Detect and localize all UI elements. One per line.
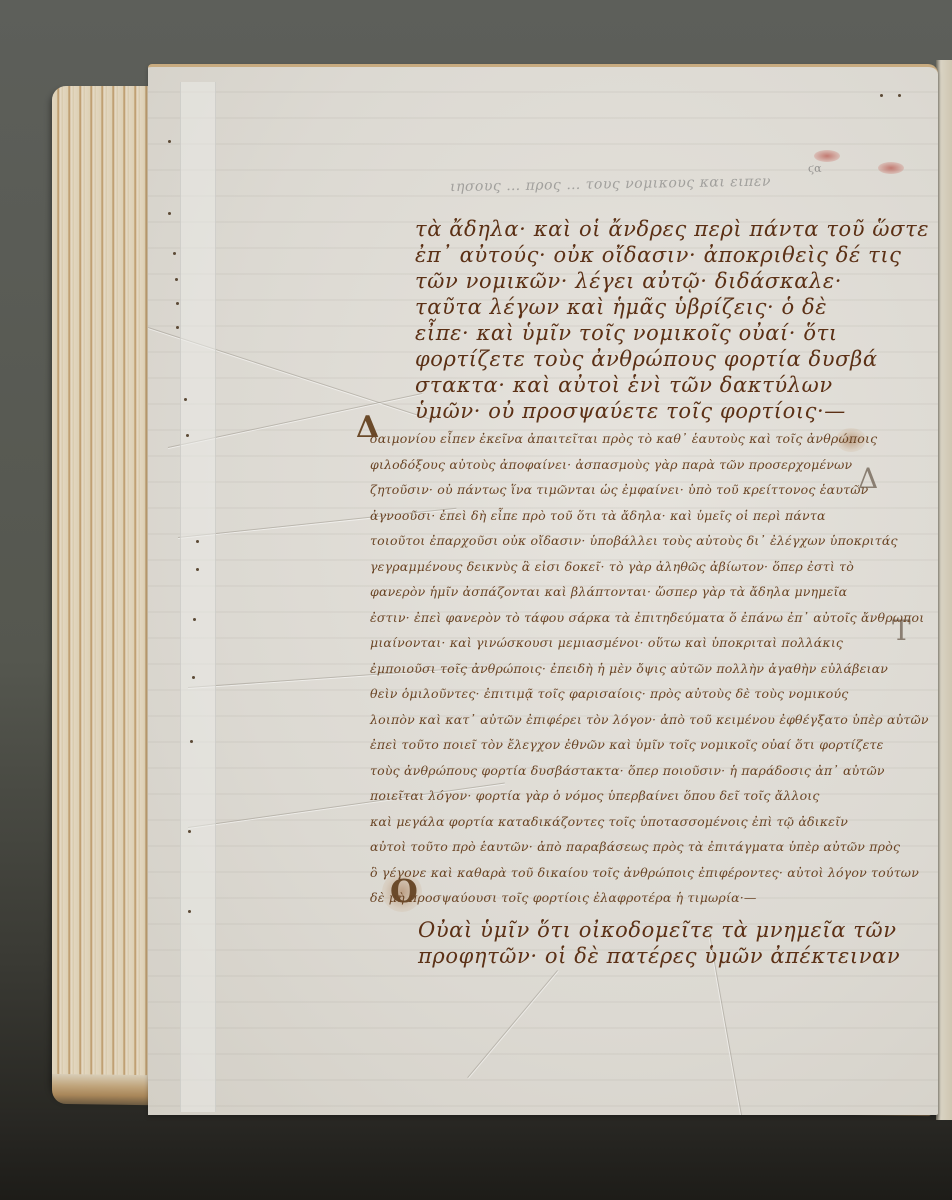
text-line: ταῦτα λέγων καὶ ἡμᾶς ὑβρίζεις· ὁ δὲ	[415, 294, 910, 320]
commentary-line: καὶ μεγάλα φορτία καταδικάζοντες τοῖς ὑπ…	[370, 809, 910, 835]
text-line: φορτίζετε τοὺς ἀνθρώπους φορτία δυσβά	[415, 346, 910, 372]
commentary-line: ποιεῖται λόγον· φορτία γὰρ ὁ νόμος ὑπερβ…	[370, 783, 910, 809]
pricking-hole	[175, 278, 178, 281]
binding-gutter	[936, 60, 952, 1120]
pricking-hole	[168, 212, 171, 215]
main-text-top: τὰ ἄδηλα· καὶ οἱ ἄνδρες περὶ πάντα τοῦ ὥ…	[350, 216, 910, 424]
pricking-hole	[168, 140, 171, 143]
text-line: ὑμῶν· οὐ προσψαύετε τοῖς φορτίοις·—	[415, 398, 910, 424]
commentary-line: τοιοῦτοι ἐπαρχοῦσι οὐκ οἴδασιν· ὑποβάλλε…	[370, 528, 910, 554]
text-line: προφητῶν· οἱ δὲ πατέρες ὑμῶν ἀπέκτειναν	[418, 943, 910, 969]
pricking-hole	[188, 830, 191, 833]
commentary-line: ἀγνοοῦσι· ἐπεὶ δὴ εἶπε πρὸ τοῦ ὅτι τὰ ἄδ…	[370, 503, 910, 529]
commentary-line: ἐπεὶ τοῦτο ποιεῖ τὸν ἔλεγχον ἐθνῶν καὶ ὑ…	[370, 732, 910, 758]
text-line: ἐπ᾽ αὐτούς· οὐκ οἴδασιν· ἀποκριθεὶς δέ τ…	[415, 242, 910, 268]
commentary-line: ἐμποιοῦσι τοῖς ἀνθρώποις· ἐπειδὴ ἡ μὲν ὄ…	[370, 656, 910, 682]
dark-table-surface	[0, 1110, 952, 1200]
commentary-line: δὲ μὴ προσψαύουσι τοῖς φορτίοις ἐλαφροτέ…	[370, 885, 910, 911]
pricking-hole	[898, 94, 901, 97]
pricking-hole	[176, 302, 179, 305]
commentary-line: ἐστιν· ἐπεὶ φανερὸν τὸ τάφου σάρκα τὰ ἐπ…	[370, 605, 910, 631]
commentary-line: φανερὸν ἡμῖν ἀσπάζονται καὶ βλάπτονται· …	[370, 579, 910, 605]
pricking-hole	[196, 568, 199, 571]
paper-crease	[467, 970, 559, 1079]
pricking-hole	[193, 618, 196, 621]
text-line: εἶπε· καὶ ὑμῖν τοῖς νομικοῖς οὐαί· ὅτι	[415, 320, 910, 346]
text-line: στακτα· καὶ αὐτοὶ ἑνὶ τῶν δακτύλων	[415, 372, 910, 398]
commentary-line: ὃ γέγονε καὶ καθαρὰ τοῦ δικαίου τοῖς ἀνθ…	[370, 860, 910, 886]
commentary-line: αὐτοὶ τοῦτο πρὸ ἑαυτῶν· ἀπὸ παραβάσεως π…	[370, 834, 910, 860]
folio-mark: ϛα	[808, 162, 822, 175]
commentary-line: λοιπὸν καὶ κατ᾽ αὐτῶν ἐπιφέρει τὸν λόγον…	[370, 707, 910, 733]
text-column: τὰ ἄδηλα· καὶ οἱ ἄνδρες περὶ πάντα τοῦ ὥ…	[350, 216, 910, 969]
pricking-hole	[173, 252, 176, 255]
pricking-hole	[176, 326, 179, 329]
commentary-line: φιλοδόξους αὐτοὺς ἀποφαίνει· ἀσπασμοὺς γ…	[370, 452, 910, 478]
text-line: τῶν νομικῶν· λέγει αὐτῷ· διδάσκαλε·	[415, 268, 910, 294]
commentary-line: γεγραμμένους δεικνὺς ἃ εἰσι δοκεῖ· τὸ γὰ…	[370, 554, 910, 580]
red-ink-mark	[878, 162, 904, 174]
text-line: τὰ ἄδηλα· καὶ οἱ ἄνδρες περὶ πάντα τοῦ ὥ…	[415, 216, 910, 242]
commentary-line: θεὶν ὁμιλοῦντες· ἐπιτιμᾷ τοῖς φαρισαίοις…	[370, 681, 910, 707]
red-ink-mark	[814, 150, 840, 162]
text-line: Οὐαὶ ὑμῖν ὅτι οἰκοδομεῖτε τὰ μνημεῖα τῶν	[418, 917, 910, 943]
commentary-line: μιαίνονται· καὶ γινώσκουσι μεμιασμένοι· …	[370, 630, 910, 656]
commentary-block: δαιμονίου εἶπεν ἐκεῖνα ἀπαιτεῖται πρὸς τ…	[350, 426, 910, 911]
pricking-hole	[880, 94, 883, 97]
page-stack-fore-edge	[52, 86, 162, 1098]
pricking-hole	[192, 676, 195, 679]
pricking-hole	[190, 740, 193, 743]
main-text-bottom: Οὐαὶ ὑμῖν ὅτι οἰκοδομεῖτε τὰ μνημεῖα τῶν…	[350, 917, 910, 969]
commentary-line: ζητοῦσιν· οὐ πάντως ἵνα τιμῶνται ὡς ἐμφα…	[370, 477, 910, 503]
pricking-hole	[196, 540, 199, 543]
commentary-line: τοὺς ἀνθρώπους φορτία δυσβάστακτα· ὅπερ …	[370, 758, 910, 784]
pricking-hole	[188, 910, 191, 913]
commentary-line: δαιμονίου εἶπεν ἐκεῖνα ἀπαιτεῖται πρὸς τ…	[370, 426, 910, 452]
pricking-hole	[184, 398, 187, 401]
repair-tape-strip	[180, 82, 216, 1112]
pricking-hole	[186, 434, 189, 437]
